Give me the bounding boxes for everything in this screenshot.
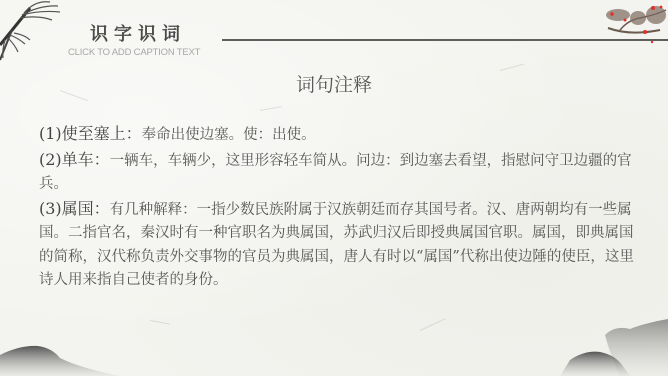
note-text: 一辆车，车辆少，这里形容轻车简从。问边：到边塞去看望，指慰问守卫边疆的官兵。 (39, 153, 632, 193)
note-item: (1)使至塞上：奉命出使边塞。使：出使。 (39, 122, 639, 148)
note-text: 奉命出使边塞。使：出使。 (142, 127, 316, 143)
note-term: (1)使至塞上： (39, 124, 142, 143)
note-term: (2)单车： (39, 150, 110, 169)
mountain-left-decoration-icon (0, 340, 120, 376)
note-item: (3)属国：有几种解释：一指少数民族附属于汉族朝廷而存其国号者。汉、唐两朝均有一… (39, 197, 639, 293)
header-title: 识字识词 (90, 20, 186, 46)
header-caption[interactable]: CLICK TO ADD CAPTION TEXT (68, 47, 200, 58)
bamboo-decoration-icon (0, 0, 70, 65)
note-term: (3)属国： (39, 199, 110, 218)
note-item: (2)单车：一辆车，车辆少，这里形容轻车简从。问边：到边塞去看望，指慰问守卫边疆… (39, 148, 639, 197)
section-title: 词句注释 (0, 70, 668, 97)
plum-blossom-decoration-icon (600, 0, 668, 45)
notes-list: (1)使至塞上：奉命出使边塞。使：出使。 (2)单车：一辆车，车辆少，这里形容轻… (39, 122, 639, 293)
mountain-right-decoration-icon (560, 315, 668, 376)
note-text: 有几种解释：一指少数民族附属于汉族朝廷而存其国号者。汉、唐两朝均有一些属国。二指… (39, 202, 634, 289)
